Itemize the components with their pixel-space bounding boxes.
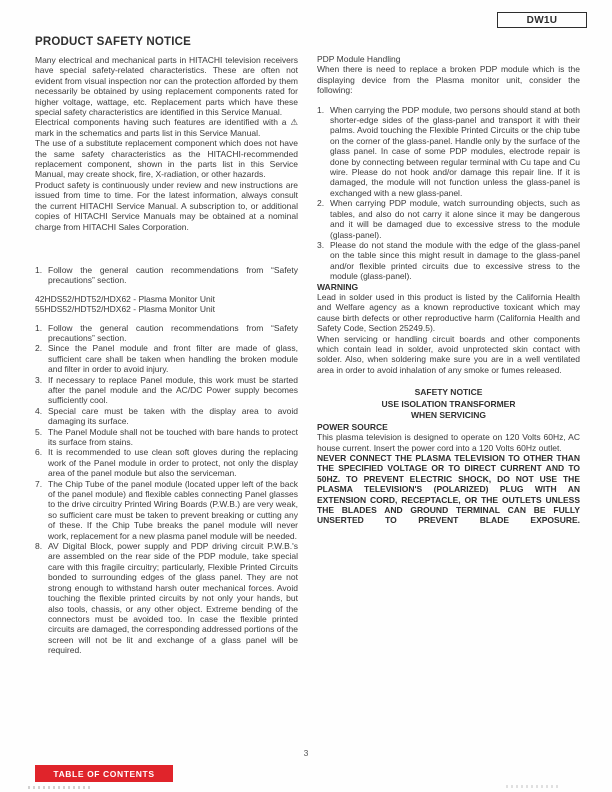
- list-item: 3. Please do not stand the module with t…: [317, 240, 580, 282]
- list-item-text: The Chip Tube of the panel module (locat…: [48, 479, 298, 541]
- list-item-text: Special care must be taken with the disp…: [48, 406, 298, 426]
- list-item-text: Follow the general caution recommendatio…: [48, 323, 298, 343]
- panel-caution-list: 1. Follow the general caution recommenda…: [35, 323, 298, 656]
- model-tag-label: DW1U: [527, 15, 558, 26]
- list-item-text: When carrying PDP module, watch surround…: [330, 198, 580, 239]
- model-line: 55HDS52/HDT52/HDX62 - Plasma Monitor Uni…: [35, 304, 298, 314]
- list-item-text: Follow the general caution recommendatio…: [48, 265, 298, 285]
- pdp-handling-list: 1. When carrying the PDP module, two per…: [317, 105, 580, 282]
- list-item-number: 8.: [35, 541, 42, 551]
- list-item-text: Since the Panel module and front filter …: [48, 343, 298, 374]
- list-item: 1. Follow the general caution recommenda…: [35, 265, 298, 286]
- page-title: PRODUCT SAFETY NOTICE: [35, 36, 191, 48]
- safety-notice-line: WHEN SERVICING: [317, 410, 580, 422]
- list-item-number: 3.: [35, 375, 42, 385]
- pdp-handling-title: PDP Module Handling: [317, 54, 580, 64]
- list-item: 7. The Chip Tube of the panel module (lo…: [35, 479, 298, 541]
- list-item-number: 2.: [317, 198, 324, 208]
- model-tag-box: DW1U: [497, 12, 587, 28]
- right-column: PDP Module Handling When there is need t…: [317, 54, 580, 526]
- table-of-contents-label: TABLE OF CONTENTS: [53, 769, 154, 779]
- list-item-number: 2.: [35, 343, 42, 353]
- list-item-number: 6.: [35, 447, 42, 457]
- power-source-paragraph: This plasma television is designed to op…: [317, 432, 580, 453]
- list-item-text: If necessary to replace Panel module, th…: [48, 375, 298, 406]
- list-item-number: 1.: [35, 323, 42, 333]
- cut-off-print-fragment: [506, 785, 558, 788]
- list-item-number: 1.: [35, 265, 42, 275]
- safety-notice-block: SAFETY NOTICE USE ISOLATION TRANSFORMER …: [317, 387, 580, 422]
- left-column: Many electrical and mechanical parts in …: [35, 55, 298, 656]
- list-item: 6. It is recommended to use clean soft g…: [35, 447, 298, 478]
- voltage-warning-paragraph: NEVER CONNECT THE PLASMA TELEVISION TO O…: [317, 453, 580, 526]
- page-number: 3: [0, 748, 612, 758]
- safety-paragraph: The use of a substitute replacement comp…: [35, 138, 298, 180]
- list-item-text: AV Digital Block, power supply and PDP d…: [48, 541, 298, 655]
- list-item-number: 1.: [317, 105, 324, 115]
- list-item: 2. Since the Panel module and front filt…: [35, 343, 298, 374]
- pdp-handling-intro: When there is need to replace a broken P…: [317, 64, 580, 95]
- list-item-number: 7.: [35, 479, 42, 489]
- warning-paragraph: Lead in solder used in this product is l…: [317, 292, 580, 334]
- safety-notice-line: SAFETY NOTICE: [317, 387, 580, 399]
- list-item-number: 3.: [317, 240, 324, 250]
- warning-paragraph: When servicing or handling circuit board…: [317, 334, 580, 376]
- list-item: 1. When carrying the PDP module, two per…: [317, 105, 580, 199]
- cut-off-print-fragment: [28, 786, 90, 789]
- list-item-number: 4.: [35, 406, 42, 416]
- list-item: 8. AV Digital Block, power supply and PD…: [35, 541, 298, 655]
- warning-heading: WARNING: [317, 282, 580, 292]
- model-list: 42HDS52/HDT52/HDX62 - Plasma Monitor Uni…: [35, 294, 298, 315]
- list-item: 2. When carrying PDP module, watch surro…: [317, 198, 580, 240]
- safety-paragraph: Many electrical and mechanical parts in …: [35, 55, 298, 117]
- list-item: 3. If necessary to replace Panel module,…: [35, 375, 298, 406]
- list-item-text: It is recommended to use clean soft glov…: [48, 447, 298, 478]
- list-item: 1. Follow the general caution recommenda…: [35, 323, 298, 344]
- table-of-contents-button[interactable]: TABLE OF CONTENTS: [35, 765, 173, 782]
- safety-paragraph: Electrical components having such featur…: [35, 117, 298, 138]
- safety-paragraph: Product safety is continuously under rev…: [35, 180, 298, 232]
- list-item-text: When carrying the PDP module, two person…: [330, 105, 580, 198]
- list-item: 5. The Panel Module shall not be touched…: [35, 427, 298, 448]
- list-item-text: Please do not stand the module with the …: [330, 240, 580, 281]
- power-source-heading: POWER SOURCE: [317, 422, 580, 432]
- service-manual-page: DW1U PRODUCT SAFETY NOTICE Many electric…: [0, 0, 612, 792]
- list-item-text: The Panel Module shall not be touched wi…: [48, 427, 298, 447]
- model-line: 42HDS52/HDT52/HDX62 - Plasma Monitor Uni…: [35, 294, 298, 304]
- list-item-number: 5.: [35, 427, 42, 437]
- list-item: 4. Special care must be taken with the d…: [35, 406, 298, 427]
- safety-notice-line: USE ISOLATION TRANSFORMER: [317, 399, 580, 411]
